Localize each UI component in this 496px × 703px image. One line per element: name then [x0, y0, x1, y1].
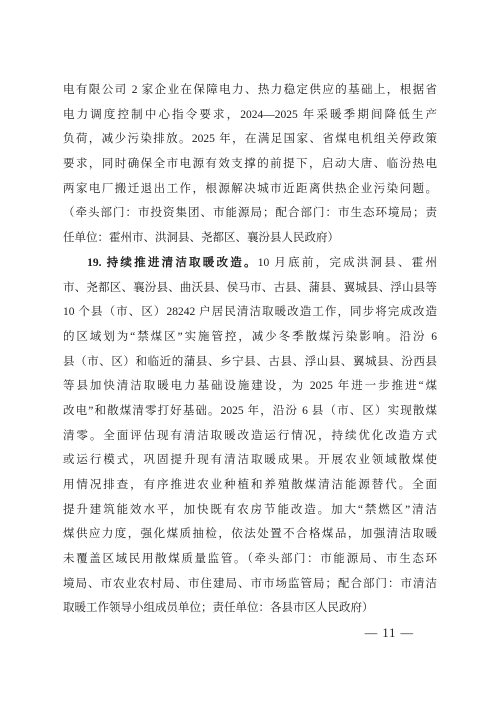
text-line: 未覆盖区域民用散煤质量监管。（牵头部门：市能源局、市生态环 — [63, 547, 437, 572]
text-line: 改电”和散煤清零打好基础。2025 年，沿汾 6 县（市、区）实现散煤 — [63, 399, 437, 424]
text-line: 任单位：霍州市、洪洞县、尧都区、襄汾县人民政府） — [63, 226, 437, 251]
paragraph-item-19: 19. 持续推进清洁取暖改造。10 月底前，完成洪洞县、霍州 市、尧都区、襄汾县… — [63, 251, 437, 621]
paragraph-continuation: 电有限公司 2 家企业在保障电力、热力稳定供应的基础上，根据省电力调度控制中心指… — [63, 78, 437, 251]
item-19-first-line-text: 10 月底前，完成洪洞县、霍州 — [258, 257, 437, 269]
item-19-heading: 19. 持续推进清洁取暖改造。 — [87, 257, 258, 269]
text-line: 县（市、区）和临近的蒲县、乡宁县、古县、浮山县、翼城县、汾西县 — [63, 350, 437, 375]
document-page: 电有限公司 2 家企业在保障电力、热力稳定供应的基础上，根据省电力调度控制中心指… — [0, 0, 496, 703]
text-line: 要求，同时确保全市电源有效支撑的前提下，启动大唐、临汾热电 — [63, 152, 437, 177]
text-line: 的区域划为“禁煤区”实施管控，减少冬季散煤污染影响。沿汾 6 — [63, 325, 437, 350]
text-line: 清零。全面评估现有清洁取暖改造运行情况，持续优化改造方式 — [63, 424, 437, 449]
text-line: 取暖工作领导小组成员单位；责任单位：各县市区人民政府） — [63, 596, 437, 621]
text-line: 两家电厂搬迁退出工作，根源解决城市近距离供热企业污染问题。 — [63, 177, 437, 202]
text-line: 10 个县（市、区）28242 户居民清洁取暖改造工作，同步将完成改造 — [63, 300, 437, 325]
item-19-first-line: 19. 持续推进清洁取暖改造。10 月底前，完成洪洞县、霍州 — [63, 251, 437, 276]
text-line: 境局、市农业农村局、市住建局、市市场监管局；配合部门：市清洁 — [63, 572, 437, 597]
page-number: — 11 — — [63, 621, 414, 645]
text-line: 电有限公司 2 家企业在保障电力、热力稳定供应的基础上，根据省 — [63, 78, 437, 103]
text-line: 等县加快清洁取暖电力基础设施建设，为 2025 年进一步推进“煤 — [63, 374, 437, 399]
text-line: 负荷，减少污染排放。2025 年，在满足国家、省煤电机组关停政策 — [63, 127, 437, 152]
document-text-block: 电有限公司 2 家企业在保障电力、热力稳定供应的基础上，根据省电力调度控制中心指… — [63, 78, 437, 621]
text-line: 提升建筑能效水平，加快既有农房节能改造。加大“禁燃区”清洁 — [63, 498, 437, 523]
item-19-body-lines: 市、尧都区、襄汾县、曲沃县、侯马市、古县、蒲县、翼城县、浮山县等10 个县（市、… — [63, 276, 437, 622]
text-line: 市、尧都区、襄汾县、曲沃县、侯马市、古县、蒲县、翼城县、浮山县等 — [63, 276, 437, 301]
text-line: 煤供应力度，强化煤质抽检，依法处置不合格煤品，加强清洁取暖 — [63, 522, 437, 547]
text-line: 用情况排查，有序推进农业种植和养殖散煤清洁能源替代。全面 — [63, 473, 437, 498]
text-line: 或运行模式，巩固提升现有清洁取暖成果。开展农业领域散煤使 — [63, 448, 437, 473]
text-line: （牵头部门：市投资集团、市能源局；配合部门：市生态环境局；责 — [63, 201, 437, 226]
text-line: 电力调度控制中心指令要求，2024—2025 年采暖季期间降低生产 — [63, 103, 437, 128]
